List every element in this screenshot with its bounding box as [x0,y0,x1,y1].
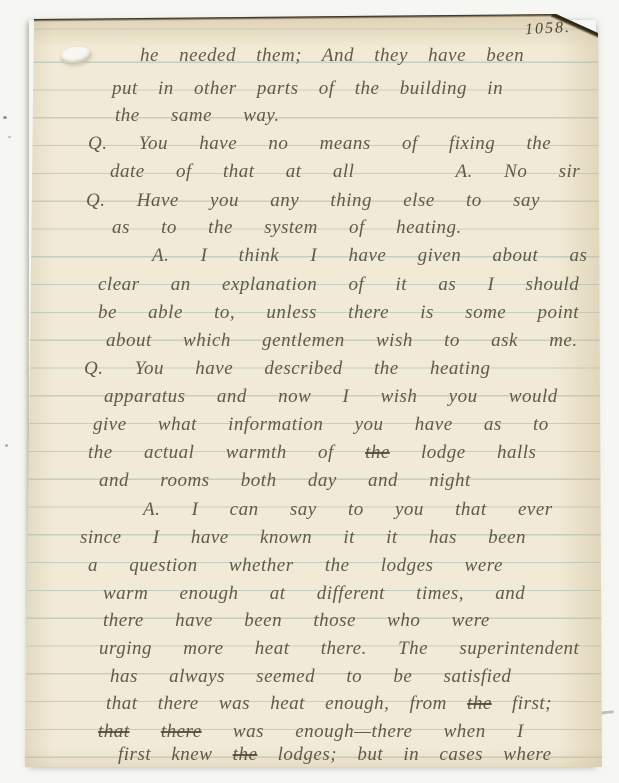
handwriting-line: clear an explanation of it as I should [98,274,579,296]
handwriting-line: he needed them; And they have been [140,45,524,67]
handwriting-line: as to the system of heating. [112,217,462,239]
page-number: 1058. [525,19,572,39]
scan-background: 1058. he needed them; And they have been… [0,0,619,783]
dust-speck [3,116,7,119]
handwriting-line: date of that at all A. No sir [110,161,580,183]
paper-top-edge [29,11,561,22]
handwriting-line: Q. Have you any thing else to say [86,190,540,212]
handwriting-line: Q. You have no means of fixing the [88,133,551,155]
handwriting-line: be able to, unless there is some point [98,302,579,324]
handwriting-line: a question whether the lodges were [88,555,503,577]
punch-hole [59,44,92,66]
handwriting-line: has always seemed to be satisfied [110,666,511,688]
handwriting-line: since I have known it it has been [80,527,526,549]
dust-speck [5,444,8,447]
handwriting-line: about which gentlemen wish to ask me. [106,330,578,352]
handwriting-line: Q. You have described the heating [84,358,490,380]
handwriting-line: put in other parts of the building in [112,78,503,100]
handwriting-line: that there was heat enough, from the fir… [106,693,552,715]
handwriting-line: give what information you have as to [93,414,549,436]
dust-speck [8,136,11,138]
handwriting-line: that there was enough—there when I [98,721,524,743]
manuscript-page: 1058. he needed them; And they have been… [25,14,602,770]
handwriting-line: the actual warmth of the lodge halls [88,442,536,464]
handwriting-line: there have been those who were [103,610,490,632]
handwriting-line: the same way. [115,105,280,127]
handwriting-line: warm enough at different times, and [103,583,525,605]
handwriting-line: and rooms both day and night [99,470,471,492]
handwriting-line: urging more heat there. The superintende… [99,638,579,660]
handwriting-line: first knew the lodges; but in cases wher… [118,744,552,766]
handwriting-line: apparatus and now I wish you would [104,386,558,408]
handwriting-line: A. I can say to you that ever [143,499,553,521]
handwriting-line: A. I think I have given about as [152,245,587,267]
